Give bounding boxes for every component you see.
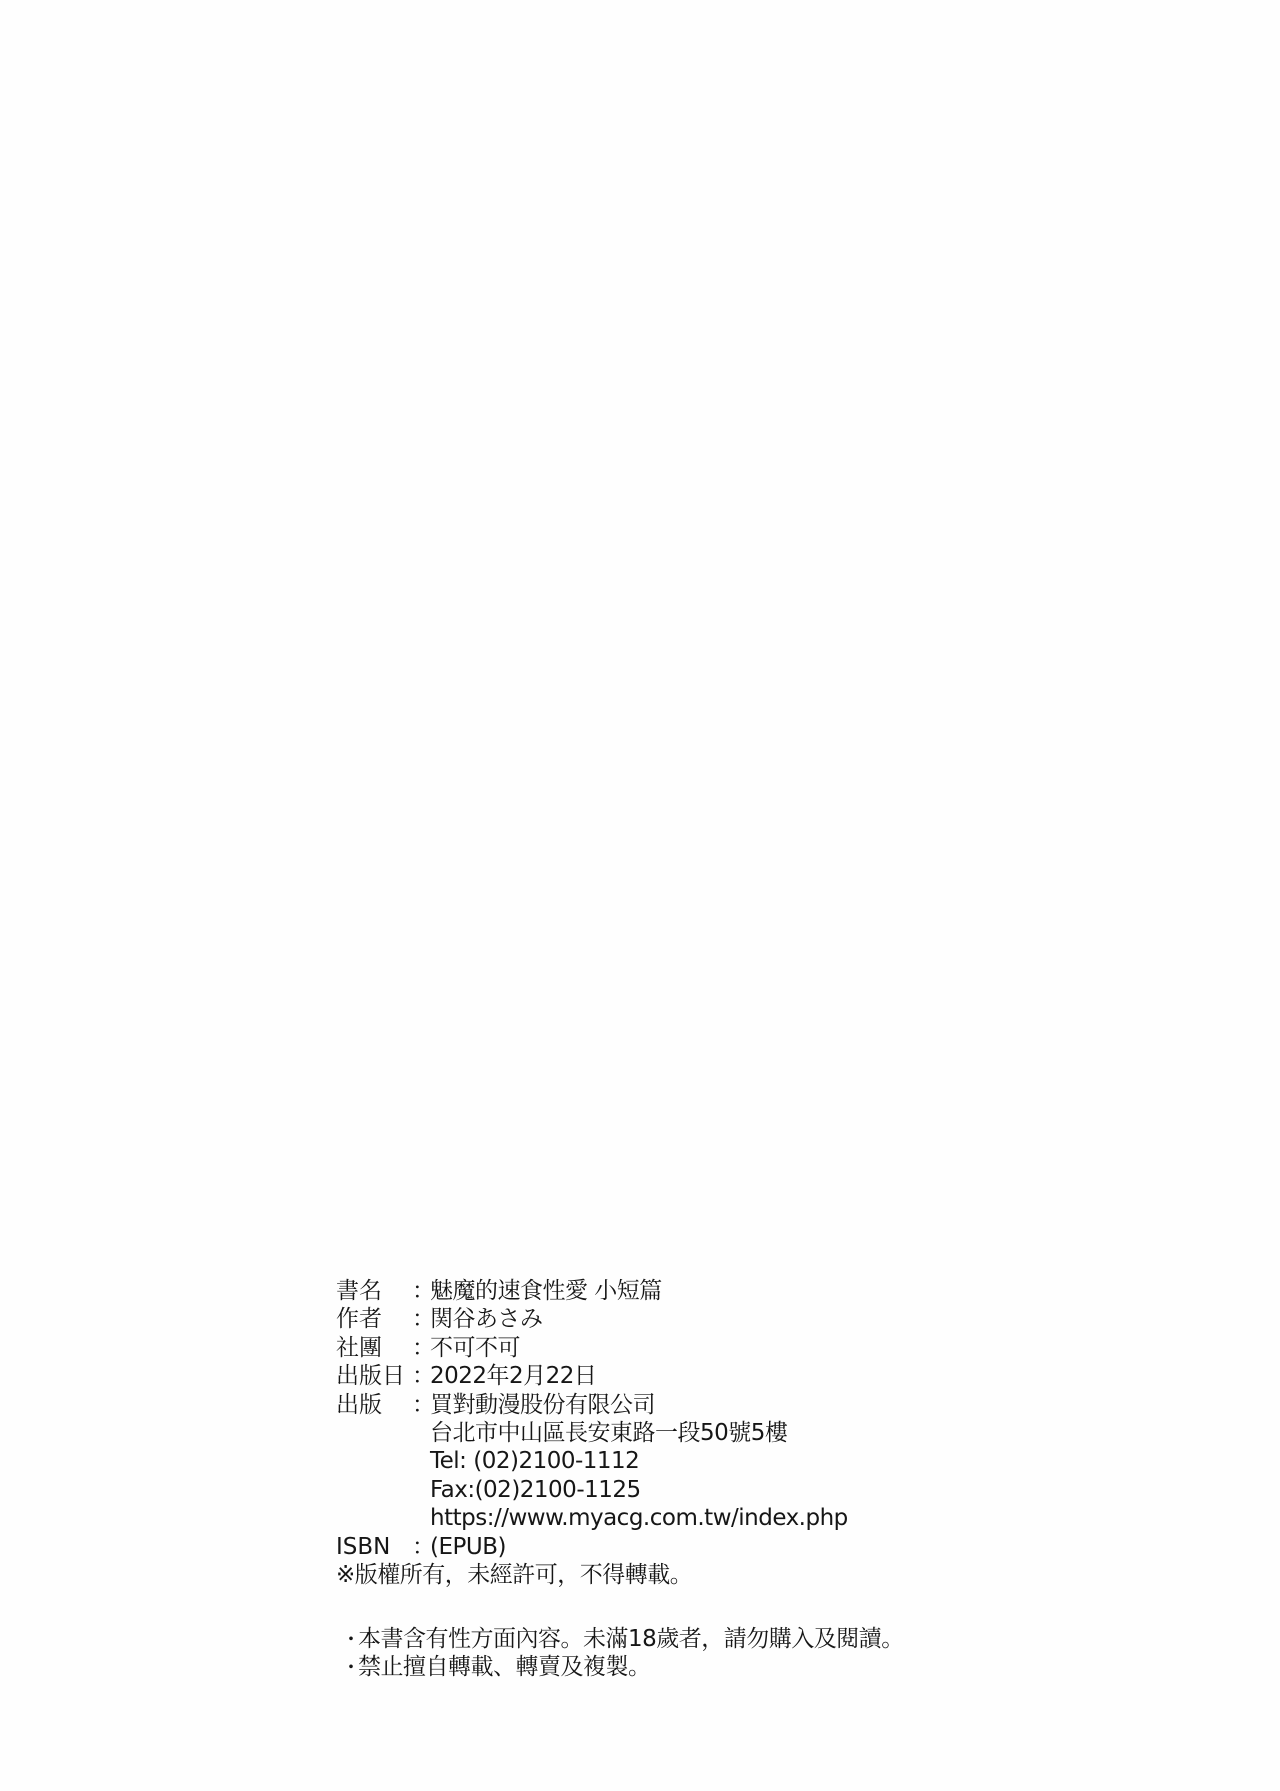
separator-colon: ： — [412, 1277, 430, 1305]
isbn-row: ISBN ： (EPUB) — [336, 1533, 1036, 1561]
separator-colon: ： — [412, 1391, 430, 1419]
bullet-icon: ・ — [341, 1653, 358, 1681]
publisher-website-row: https://www.myacg.com.tw/index.php — [336, 1504, 1036, 1532]
isbn-value: (EPUB) — [430, 1533, 1036, 1561]
separator-colon: ： — [412, 1305, 430, 1333]
publish-date-label: 出版日 — [336, 1362, 412, 1390]
circle-value: 不可不可 — [430, 1334, 1036, 1362]
publish-date-row: 出版日 ： 2022年2月22日 — [336, 1362, 1036, 1390]
bullet-icon: ・ — [341, 1625, 358, 1653]
author-value: 関谷あさみ — [430, 1305, 1036, 1333]
separator-colon: ： — [412, 1334, 430, 1362]
book-title-label: 書名 — [336, 1277, 412, 1305]
book-title-value: 魅魔的速食性愛 小短篇 — [430, 1277, 1036, 1305]
publisher-value: 買對動漫股份有限公司 — [430, 1391, 1036, 1419]
book-title-row: 書名 ： 魅魔的速食性愛 小短篇 — [336, 1277, 1036, 1305]
notice-item: ・ 禁止擅自轉載、轉賣及複製。 — [341, 1653, 904, 1681]
author-label: 作者 — [336, 1305, 412, 1333]
colophon-block: 書名 ： 魅魔的速食性愛 小短篇 作者 ： 関谷あさみ 社團 ： 不可不可 出版… — [336, 1277, 1036, 1589]
publisher-row: 出版 ： 買對動漫股份有限公司 — [336, 1391, 1036, 1419]
notice-text-age-restriction: 本書含有性方面內容。未滿18歲者，請勿購入及閱讀。 — [358, 1625, 904, 1653]
notices-list: ・ 本書含有性方面內容。未滿18歲者，請勿購入及閱讀。 ・ 禁止擅自轉載、轉賣及… — [341, 1625, 904, 1681]
publisher-label: 出版 — [336, 1391, 412, 1419]
publisher-address: 台北市中山區長安東路一段50號5樓 — [430, 1419, 1036, 1447]
separator-colon: ： — [412, 1362, 430, 1390]
circle-label: 社團 — [336, 1334, 412, 1362]
publish-date-value: 2022年2月22日 — [430, 1362, 1036, 1390]
notice-text-no-reproduction: 禁止擅自轉載、轉賣及複製。 — [358, 1653, 651, 1681]
author-row: 作者 ： 関谷あさみ — [336, 1305, 1036, 1333]
publisher-website: https://www.myacg.com.tw/index.php — [430, 1504, 1036, 1532]
circle-row: 社團 ： 不可不可 — [336, 1334, 1036, 1362]
publisher-tel-row: Tel: (02)2100-1112 — [336, 1447, 1036, 1475]
notice-item: ・ 本書含有性方面內容。未滿18歲者，請勿購入及閱讀。 — [341, 1625, 904, 1653]
publisher-address-row: 台北市中山區長安東路一段50號5樓 — [336, 1419, 1036, 1447]
colophon-page: 書名 ： 魅魔的速食性愛 小短篇 作者 ： 関谷あさみ 社團 ： 不可不可 出版… — [0, 0, 1280, 1791]
publisher-fax-row: Fax:(02)2100-1125 — [336, 1476, 1036, 1504]
copyright-notice: ※版權所有，未經許可，不得轉載。 — [336, 1561, 1036, 1589]
publisher-tel: Tel: (02)2100-1112 — [430, 1447, 1036, 1475]
separator-colon: ： — [412, 1533, 430, 1561]
isbn-label: ISBN — [336, 1533, 412, 1561]
publisher-fax: Fax:(02)2100-1125 — [430, 1476, 1036, 1504]
